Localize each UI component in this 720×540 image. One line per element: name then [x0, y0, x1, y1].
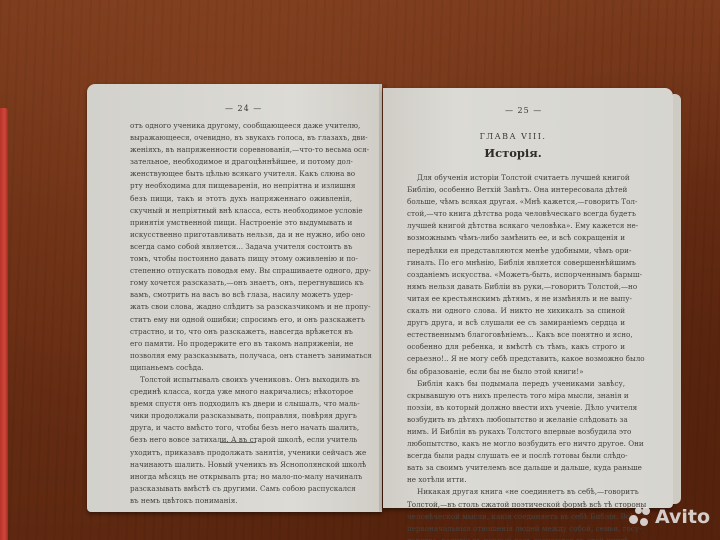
text-line: естественнымъ благоговѣніемъ... Какъ все…: [407, 329, 625, 341]
text-line: серьезно!.. Я не могу себѣ представить, …: [407, 353, 625, 365]
text-line: позволяя ему разсказывать, получаса, онъ…: [130, 350, 352, 362]
avito-logo-icon: [629, 507, 651, 527]
text-line: скалъ ни одного слова. И никто не хихика…: [407, 305, 625, 317]
text-line: лучшей книгой дѣтства всякаго человѣка».…: [407, 220, 625, 232]
text-line: уходитъ, приказавъ продолжать занятія, у…: [130, 447, 352, 459]
text-line: не хотѣли итти.: [407, 474, 625, 486]
text-line: возбудить въ дѣтяхъ любопытство и желані…: [407, 414, 625, 426]
text-line: страстно, и то, что онъ разскажетъ, навс…: [130, 326, 352, 338]
text-line: жать свои слова, жадно слѣдитъ за разска…: [130, 301, 352, 313]
text-line: передѣлки ея представляются менѣе удобны…: [407, 245, 625, 257]
text-line: больше, чѣмъ всякая другая. «Мнѣ кажется…: [407, 196, 625, 208]
page-number: — 25 —: [505, 106, 542, 115]
text-line: разсказывать вмѣстѣ съ другими. Самъ соб…: [130, 483, 352, 495]
text-line: гиналъ. По его мнѣнію, Библія является с…: [407, 257, 625, 269]
text-line: дарства, религіи въ первый разъ сознаютс…: [407, 535, 625, 540]
text-line: въ немъ цвѣтокъ пониманія.: [130, 495, 352, 507]
text-line: всегда само собой является... Задача учи…: [130, 241, 352, 253]
text-line: Никакая другая книга «не соединяетъ въ с…: [407, 486, 625, 498]
text-line: безъ него вовсе затихали. А въ старой шк…: [130, 434, 352, 446]
text-line: начинаютъ шалить. Новый ученикъ въ Ясноп…: [130, 459, 352, 471]
text-line: щипаньемъ сосѣда.: [130, 362, 352, 374]
text-line: женствующее быть цѣлью всякаго учителя. …: [130, 168, 352, 180]
text-line: принятія умственной пищи. Настроеніе это…: [130, 217, 352, 229]
text-line: искусственно приготавливать нельзя, да и…: [130, 229, 352, 241]
page-body-text: Для обученія исторіи Толстой считаетъ лу…: [407, 172, 625, 540]
text-line: Для обученія исторіи Толстой считаетъ лу…: [407, 172, 625, 184]
text-line: скрывавшую отъ нихъ прелесть того міра м…: [407, 390, 625, 402]
chapter-title: Исторія.: [383, 146, 643, 160]
text-line: иногда мѣсяцъ не открывалъ рта; но мало-…: [130, 471, 352, 483]
text-line: стой,—что книга дѣтства рода человѣческа…: [407, 208, 625, 220]
text-line: чики продолжали разсказывать, поправляя,…: [130, 410, 352, 422]
text-line: женіяхъ, въ напряженности соревнованія,—…: [130, 144, 352, 156]
text-line: особенно для ребенка, и вмѣстѣ съ тѣмъ, …: [407, 341, 625, 353]
avito-watermark: Avito: [629, 506, 710, 528]
text-line: Толстой испытывалъ своихъ учениковъ. Онъ…: [130, 374, 352, 386]
text-line: Толстой,—въ столь сжатой поэтической фор…: [407, 499, 625, 511]
text-line: любопытство, какъ не могло возбудить его…: [407, 438, 625, 450]
text-line: ститъ ему ни одной ошибки; спросимъ его,…: [130, 314, 352, 326]
text-line: скучный и непріятный внѣ класса, есть не…: [130, 205, 352, 217]
text-line: степенно отпускать поводья ему. Вы спраш…: [130, 265, 352, 277]
text-line: зательное, необходимое и драгоцѣннѣйшее,…: [130, 156, 352, 168]
text-line: время спустя онъ подходилъ къ двери и сл…: [130, 398, 352, 410]
text-line: первоначальныя отношенія людей между соб…: [407, 523, 625, 535]
watermark-text: Avito: [655, 506, 710, 528]
text-line: выражающееся, очевидно, въ звукахъ голос…: [130, 132, 352, 144]
text-line: срединѣ класса, когда уже много накричал…: [130, 386, 352, 398]
text-line: всегда были рады слушать ее и послѣ гото…: [407, 450, 625, 462]
text-line: томъ, чтобы постоянно давать пищу этому …: [130, 253, 352, 265]
text-line: Библія какъ бы подымала передъ учениками…: [407, 378, 625, 390]
chapter-label: ГЛАВА VIII.: [383, 132, 643, 141]
text-line: рту необходима для пищеваренія, но непрі…: [130, 180, 352, 192]
text-line: гому хочется разсказать,—онъ знаетъ, онъ…: [130, 277, 352, 289]
text-line: поэзіи, въ который должно ввести ихъ уче…: [407, 402, 625, 414]
text-line: его памяти. Но продержите его въ такомъ …: [130, 338, 352, 350]
text-line: отъ одного ученика другому, сообщающееся…: [130, 120, 352, 132]
text-line: созданіемъ искусства. «Можетъ-быть, испо…: [407, 269, 625, 281]
text-line: вамъ, смотритъ на васъ во всѣ глаза, нас…: [130, 289, 352, 301]
text-line: возможнымъ чѣмъ-либо замѣнить ее, и всѣ …: [407, 232, 625, 244]
red-book-edge: [0, 108, 8, 540]
text-line: другъ друга, и всѣ слушали ее съ замиран…: [407, 317, 625, 329]
text-line: друга, и часто вмѣсто того, чтобы безъ н…: [130, 422, 352, 434]
text-line: безъ пищи, такъ и этотъ духъ напряженнаг…: [130, 193, 352, 205]
text-line: нимъ. И Библія въ рукахъ Толстого впервы…: [407, 426, 625, 438]
right-page: — 25 — ГЛАВА VIII. Исторія. Для обученія…: [383, 88, 673, 508]
text-line: нямъ нельзя давать Библіи въ руки,—говор…: [407, 281, 625, 293]
page-number: — 24 —: [225, 104, 262, 113]
text-line: бы образованіе, если бы не было этой кни…: [407, 366, 625, 378]
section-end-rule: [220, 442, 256, 443]
text-line: читая ее крестьянскимъ дѣтямъ, я не измѣ…: [407, 293, 625, 305]
left-page: — 24 — отъ одного ученика другому, сообщ…: [87, 84, 382, 512]
text-line: человѣческой мысли, какія соединяетъ въ …: [407, 511, 625, 523]
page-body-text: отъ одного ученика другому, сообщающееся…: [130, 120, 352, 507]
text-line: Библію, особенно Ветхій Завѣтъ. Она инте…: [407, 184, 625, 196]
text-line: вать за своимъ учителемъ все дальше и да…: [407, 462, 625, 474]
